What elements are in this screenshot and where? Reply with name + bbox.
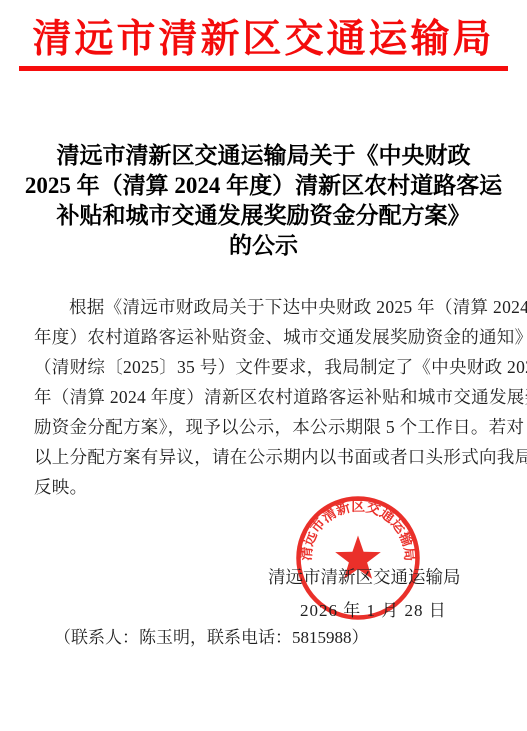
notice-title-line: 补贴和城市交通发展奖励资金分配方案》 xyxy=(0,201,527,231)
seal-arc-text: 清远市清新区交通运输局 xyxy=(299,498,418,561)
signature-agency: 清远市清新区交通运输局 xyxy=(268,564,461,589)
notice-body: 根据《清远市财政局关于下达中央财政 2025 年（清算 2024年度）农村道路客… xyxy=(34,292,497,502)
notice-title-line: 的公示 xyxy=(0,231,527,261)
svg-text:清远市清新区交通运输局: 清远市清新区交通运输局 xyxy=(299,498,418,561)
notice-body-line: 以上分配方案有异议，请在公示期内以书面或者口头形式向我局 xyxy=(34,442,497,472)
notice-title-line: 2025 年（清算 2024 年度）清新区农村道路客运 xyxy=(0,171,527,201)
notice-body-line: 反映。 xyxy=(34,472,497,502)
notice-body-line: 年（清算 2024 年度）清新区农村道路客运补贴和城市交通发展奖 xyxy=(34,382,497,412)
notice-body-line: （清财综〔2025〕35 号）文件要求，我局制定了《中央财政 2025 xyxy=(34,352,497,382)
notice-document: 清远市清新区交通运输局 清远市清新区交通运输局关于《中央财政2025 年（清算 … xyxy=(0,0,527,731)
notice-body-line: 励资金分配方案》，现予以公示，本公示期限 5 个工作日。若对 xyxy=(34,412,497,442)
masthead-agency-name: 清远市清新区交通运输局 xyxy=(0,8,527,64)
notice-body-line: 年度）农村道路客运补贴资金、城市交通发展奖励资金的通知》 xyxy=(34,322,497,352)
notice-title-line: 清远市清新区交通运输局关于《中央财政 xyxy=(0,141,527,171)
signature-date: 2026 年 1 月 28 日 xyxy=(300,596,447,621)
notice-title: 清远市清新区交通运输局关于《中央财政2025 年（清算 2024 年度）清新区农… xyxy=(0,141,527,261)
masthead-rule xyxy=(19,66,508,71)
notice-body-line: 根据《清远市财政局关于下达中央财政 2025 年（清算 2024 xyxy=(34,292,497,322)
contact-line: （联系人：陈玉明，联系电话：5815988） xyxy=(54,623,369,648)
